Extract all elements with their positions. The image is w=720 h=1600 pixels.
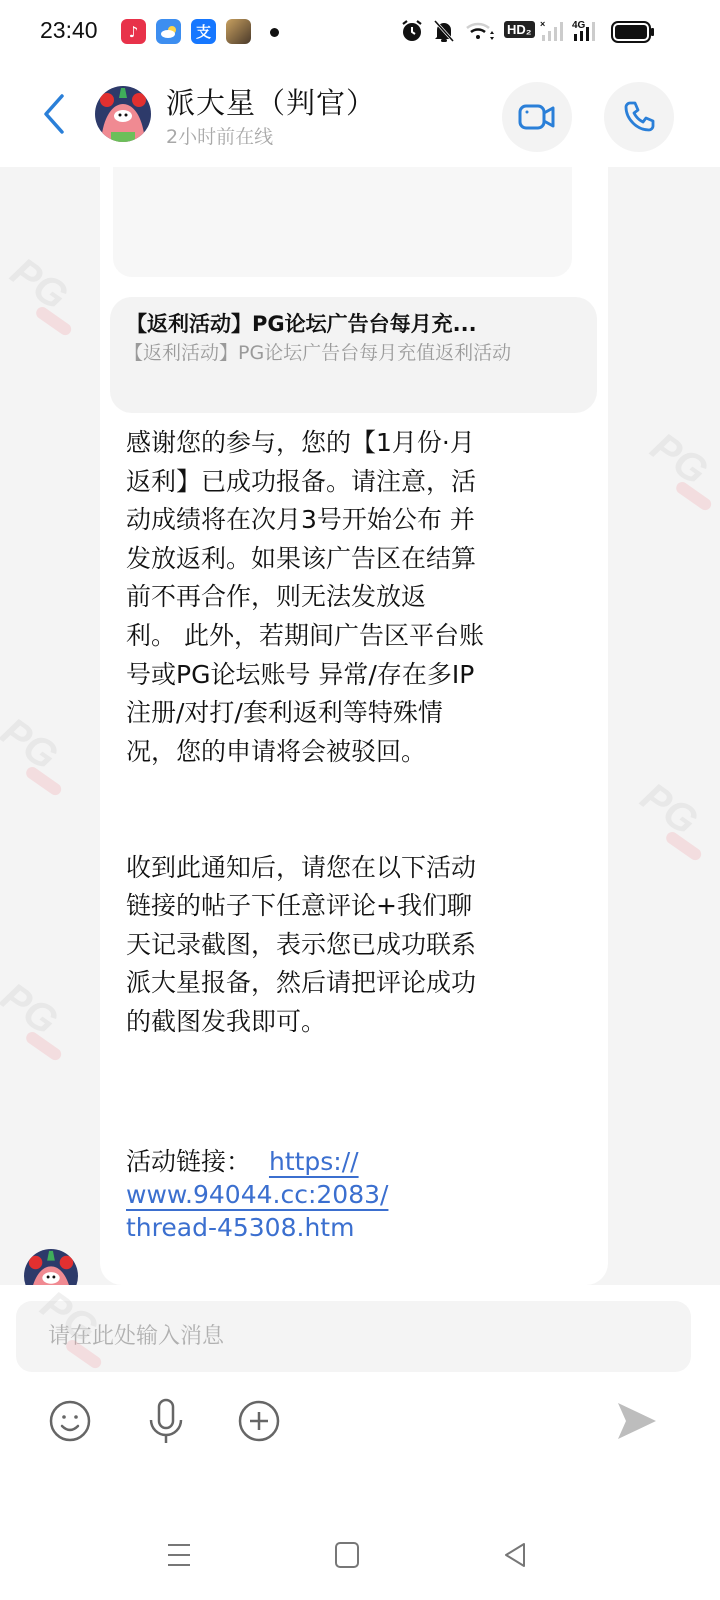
- message-bubble[interactable]: 【返利活动】PG论坛广告台每月充... 【返利活动】PG论坛广告台每月充值返利活…: [100, 167, 608, 1285]
- message-body: 感谢您的参与，您的【1月份·月 返利】已成功报备。请注意，活 动成绩将在次月3号…: [126, 424, 586, 1042]
- activity-link-cont[interactable]: thread-45308.htm: [126, 1213, 354, 1242]
- svg-text:4G: 4G: [572, 20, 586, 31]
- more-options-button[interactable]: [235, 1397, 283, 1445]
- video-call-button[interactable]: [502, 82, 572, 152]
- triangle-back-icon: [502, 1541, 528, 1569]
- hd-voice-badge: HD₂: [504, 21, 535, 38]
- bell-muted-icon: [433, 19, 455, 47]
- watermark: PG: [0, 974, 65, 1044]
- activity-link-cont[interactable]: www.94044.cc:2083/: [126, 1180, 388, 1209]
- chat-header: 派大星（判官） 2小时前在线: [0, 64, 720, 167]
- link-preview-card[interactable]: 【返利活动】PG论坛广告台每月充... 【返利活动】PG论坛广告台每月充值返利活…: [110, 297, 597, 413]
- chevron-left-icon: [34, 90, 74, 138]
- phone-icon: [622, 100, 656, 134]
- wifi-icon: [465, 19, 495, 47]
- menu-lines-icon: [165, 1541, 193, 1569]
- square-icon: [334, 1541, 360, 1569]
- activity-link[interactable]: https://: [269, 1147, 359, 1176]
- presence-status: 2小时前在线: [166, 122, 273, 149]
- activity-link-label: 活动链接：: [126, 1147, 251, 1176]
- signal-4g-icon: 4G: [572, 19, 600, 47]
- send-button[interactable]: [610, 1395, 662, 1447]
- back-nav-button[interactable]: [490, 1530, 540, 1580]
- alipay-app-icon: 支: [191, 19, 216, 44]
- signal-no-service-icon: ×: [540, 19, 564, 47]
- music-app-icon: ♪: [121, 19, 146, 44]
- recents-button[interactable]: [154, 1530, 204, 1580]
- watermark: PG: [632, 774, 705, 844]
- link-preview-title: 【返利活动】PG论坛广告台每月充...: [126, 309, 579, 339]
- watermark: PG: [0, 709, 65, 779]
- home-button[interactable]: [322, 1530, 372, 1580]
- message-input[interactable]: [16, 1301, 691, 1372]
- video-camera-icon: [518, 102, 556, 132]
- alarm-icon: [400, 19, 424, 47]
- send-arrow-icon: [614, 1399, 658, 1443]
- battery-icon: [611, 21, 655, 47]
- plus-circle-icon: [237, 1399, 281, 1443]
- microphone-icon: [146, 1398, 186, 1444]
- system-navigation-bar: [0, 1510, 720, 1600]
- sender-avatar[interactable]: [24, 1249, 78, 1285]
- smiley-icon: [48, 1399, 92, 1443]
- previous-card-preview[interactable]: [110, 167, 575, 280]
- activity-link-row: 活动链接： https:// www.94044.cc:2083/ thread…: [126, 1145, 586, 1244]
- svg-text:×: ×: [540, 19, 545, 29]
- game-app-icon: [226, 19, 251, 44]
- watermark: PG: [2, 249, 75, 319]
- back-button[interactable]: [34, 90, 74, 138]
- contact-name: 派大星（判官）: [166, 81, 376, 122]
- link-preview-description: 【返利活动】PG论坛广告台每月充值返利活动: [124, 339, 579, 368]
- watermark: PG: [642, 424, 715, 494]
- weather-app-icon: [156, 19, 181, 44]
- more-notifications-dot: [270, 28, 279, 37]
- voice-input-button[interactable]: [142, 1397, 190, 1445]
- contact-avatar[interactable]: [95, 86, 151, 142]
- status-time: 23:40: [40, 17, 98, 44]
- voice-call-button[interactable]: [604, 82, 674, 152]
- chat-message-list[interactable]: PG PG PG PG PG PG PG PG 【返利活动】PG论坛广告台每月充…: [0, 167, 720, 1285]
- emoji-button[interactable]: [46, 1397, 94, 1445]
- status-bar: 23:40 ♪ 支 HD₂ × 4G: [0, 0, 720, 64]
